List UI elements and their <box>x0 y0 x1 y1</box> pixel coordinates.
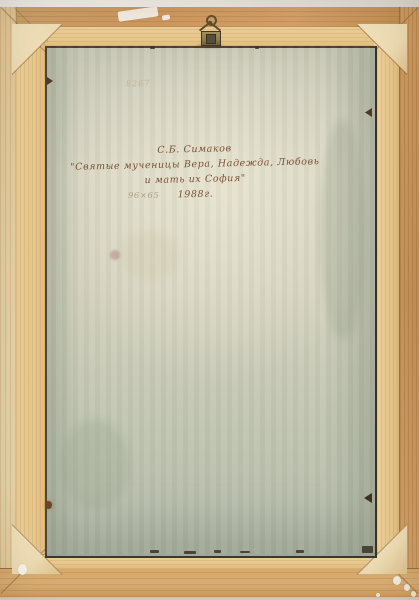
panel-mottle-patch <box>120 230 180 280</box>
panel-edge-chip <box>296 550 304 553</box>
stretcher-left-bar <box>16 27 45 572</box>
faint-inventory-number: 8267 <box>126 79 151 89</box>
inscription-block: С.Б. Симаков "Святые мученицы Вера, Наде… <box>49 139 340 206</box>
hanging-loop-icon <box>206 15 217 26</box>
panel-stain-spot <box>110 250 120 260</box>
pencil-size-note: 96×65 <box>128 191 159 201</box>
panel-edge-chip <box>150 550 159 553</box>
white-paint-drip-bottom-right <box>404 584 410 591</box>
panel-corner-chip <box>362 546 373 553</box>
panel-edge-chip <box>240 551 250 553</box>
panel-edge-chip <box>214 550 221 553</box>
hanger-opening <box>206 34 216 44</box>
tack-left-lower <box>45 501 52 509</box>
frame-outer-right-bar <box>399 7 419 596</box>
frame-outer-bottom-bar <box>0 568 419 597</box>
white-paint-drip-bottom-right <box>411 591 416 597</box>
panel-edge-chip <box>150 46 155 49</box>
photo-back-of-painting: С.Б. Симаков "Святые мученицы Вера, Наде… <box>0 0 419 600</box>
white-paint-drip-bottom-left <box>18 564 27 575</box>
panel-mottle-patch <box>60 420 130 510</box>
panel-edge-chip <box>255 46 259 49</box>
white-paint-drip-bottom-right <box>393 576 401 585</box>
white-paint-drip-bottom-right <box>376 593 380 597</box>
frame-outer-left-bar <box>0 7 17 596</box>
panel-edge-chip <box>184 551 196 554</box>
